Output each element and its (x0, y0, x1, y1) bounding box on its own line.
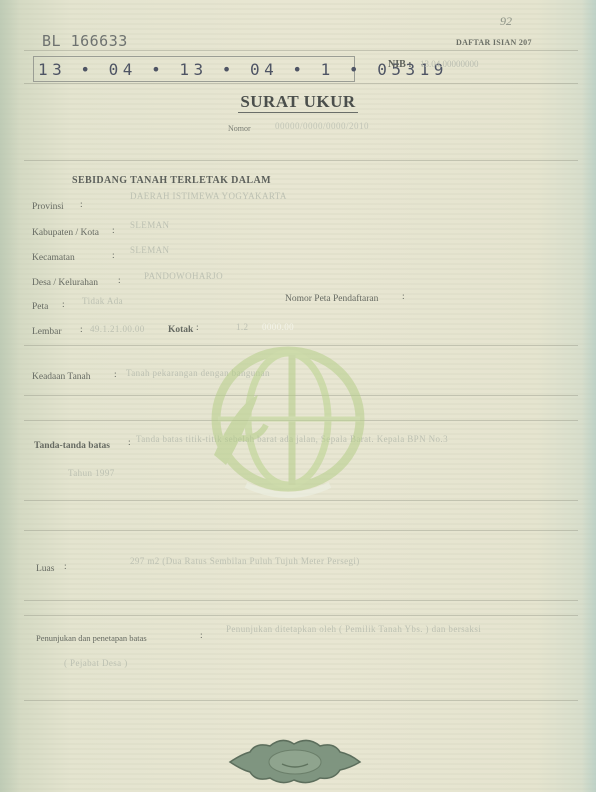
surat-ukur-page: 92 BL 166633 13 • 04 • 13 • 04 • 1 • 053… (0, 0, 596, 792)
luas-label: Luas (36, 564, 54, 574)
kecamatan-label: Kecamatan (32, 253, 75, 263)
peta-sep: : (62, 300, 65, 310)
desa-value: PANDOWOHARJO (144, 271, 223, 281)
rule-line (24, 700, 578, 701)
lembar-value: 49.1.21.00.00 (90, 324, 145, 334)
rule-line (24, 50, 578, 51)
kotak-sep: : (196, 323, 199, 333)
peta-label: Peta (32, 302, 48, 312)
nomor-peta-sep: : (402, 292, 405, 302)
kotak-value: 1.2 (236, 322, 248, 332)
page-edge-shadow-left (0, 0, 20, 792)
form-code: DAFTAR ISIAN 207 (456, 38, 532, 47)
parcel-number: 13 • 04 • 13 • 04 • 1 • 05319 (34, 60, 448, 79)
kecamatan-sep: : (112, 251, 115, 261)
page-edge-shadow-right (582, 0, 596, 792)
kabupaten-label: Kabupaten / Kota (32, 228, 99, 238)
embossed-seal-icon (228, 738, 362, 784)
document-title-wrap: SURAT UKUR (0, 92, 596, 112)
bl-serial-number: BL 166633 (42, 32, 128, 50)
kabupaten-value: SLEMAN (130, 220, 169, 230)
tanda-batas-label: Tanda-tanda batas (34, 441, 110, 451)
luas-sep: : (64, 562, 67, 572)
kecamatan-value: SLEMAN (130, 245, 169, 255)
section-heading: SEBIDANG TANAH TERLETAK DALAM (72, 175, 271, 186)
penunjukan-value-line2: ( Pejabat Desa ) (64, 658, 128, 668)
nomor-value: 00000/0000/0000/2010 (275, 121, 369, 131)
document-title: SURAT UKUR (238, 92, 357, 113)
provinsi-value: DAERAH ISTIMEWA YOGYAKARTA (130, 191, 287, 201)
rule-line (24, 83, 578, 84)
parcel-number-box: 13 • 04 • 13 • 04 • 1 • 05319 (33, 56, 355, 82)
page-number-handwritten: 92 (500, 14, 512, 29)
nib-value: 13.04.00000000 (420, 59, 479, 69)
nomor-label: Nomor (228, 124, 251, 133)
bpn-globe-emblem-icon (196, 335, 372, 505)
provinsi-label: Provinsi (32, 202, 64, 212)
lembar-label: Lembar (32, 327, 62, 337)
kotak-extra: 0000.00 (262, 322, 294, 332)
penunjukan-sep: : (200, 631, 203, 641)
kabupaten-sep: : (112, 226, 115, 236)
tanda-batas-sep: : (128, 438, 131, 448)
rule-line (24, 600, 578, 601)
rule-line (24, 160, 578, 161)
keadaan-sep: : (114, 370, 117, 380)
desa-sep: : (118, 276, 121, 286)
desa-label: Desa / Kelurahan (32, 278, 98, 288)
keadaan-label: Keadaan Tanah (32, 372, 91, 382)
rule-line (24, 530, 578, 531)
provinsi-sep: : (80, 200, 83, 210)
lembar-sep: : (80, 325, 83, 335)
tanda-batas-value-line2: Tahun 1997 (68, 468, 115, 478)
luas-value: 297 m2 (Dua Ratus Sembilan Puluh Tujuh M… (130, 556, 360, 566)
peta-value: Tidak Ada (82, 296, 123, 306)
nib-label: NIB : (388, 59, 412, 70)
rule-line (24, 615, 578, 616)
nomor-peta-label: Nomor Peta Pendaftaran (285, 294, 378, 304)
penunjukan-label: Penunjukan dan penetapan batas (36, 633, 147, 643)
kotak-label: Kotak (168, 325, 193, 335)
penunjukan-value-line1: Penunjukan ditetapkan oleh ( Pemilik Tan… (226, 624, 481, 634)
